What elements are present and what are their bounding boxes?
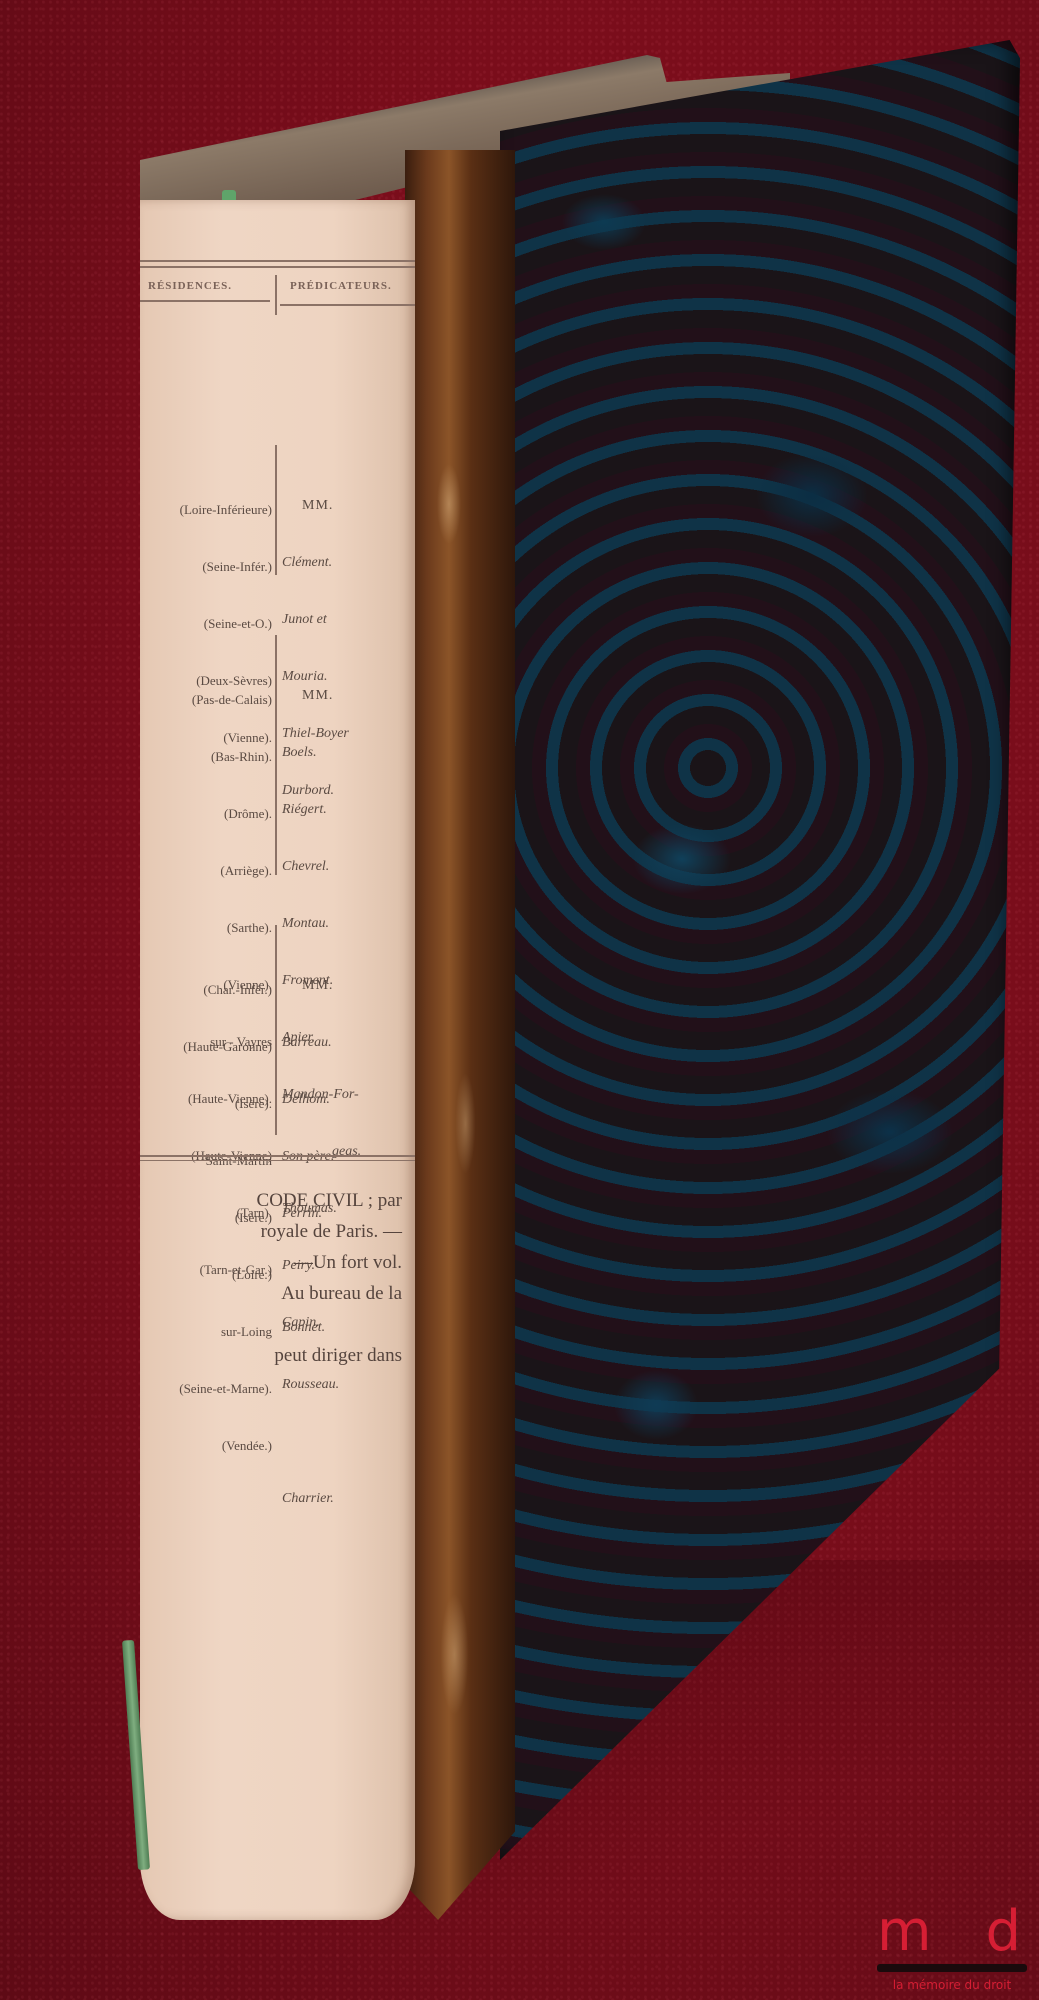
watermark-tagline: la mémoire du droit xyxy=(877,1978,1027,1992)
spine-rule-bottom-double xyxy=(140,1160,415,1161)
block1-divider xyxy=(275,445,277,575)
block2-divider xyxy=(275,635,277,875)
spine-rule-top xyxy=(140,260,415,262)
header-residences: RÉSIDENCES. xyxy=(148,280,232,292)
spine-rule-top-double xyxy=(140,266,415,268)
block3-divider xyxy=(275,925,277,1135)
leather-hinge xyxy=(405,150,515,1920)
header-divider xyxy=(275,275,277,315)
watermark-bar xyxy=(877,1964,1027,1972)
header-rule-right xyxy=(280,304,415,306)
header-rule-left xyxy=(140,300,270,302)
watermark-logo: m d la mémoire du droit xyxy=(877,1904,1027,1992)
watermark-letters: m d xyxy=(877,1904,1027,1960)
advertisement-text: CODE CIVIL ; par royale de Paris. — —Un … xyxy=(140,1185,402,1371)
spine-rule-bottom xyxy=(140,1155,415,1157)
leather-wear xyxy=(405,150,515,1920)
header-predicateurs: PRÉDICATEURS. xyxy=(290,280,392,292)
paper-spine: RÉSIDENCES. PRÉDICATEURS. (Loire-Inférie… xyxy=(140,200,415,1920)
